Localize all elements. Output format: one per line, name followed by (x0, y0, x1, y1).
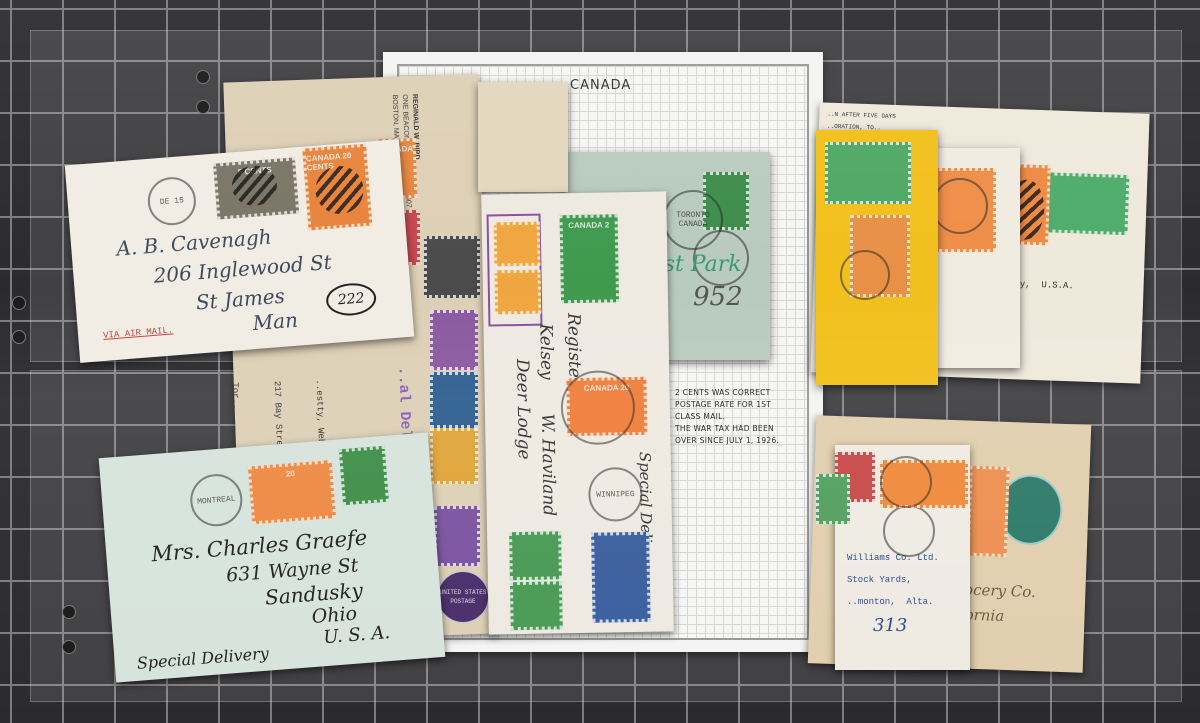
stamp (430, 428, 478, 484)
postmark-winnipeg: WINNIPEG (588, 467, 643, 522)
stamp (424, 236, 480, 298)
typed-address: Stock Yards, (847, 575, 912, 585)
address-line: U. S. A. (323, 622, 391, 648)
typed-address: Williams Co. Ltd. (847, 553, 939, 563)
binder-hole (12, 330, 26, 344)
postmark-montreal: MONTREAL (188, 472, 244, 528)
us-embossed-stamp: UNITED STATES POSTAGE (436, 570, 490, 624)
address-line: Deer Lodge (512, 359, 534, 460)
binder-hole (62, 605, 76, 619)
stamp-confederation-green (825, 142, 911, 204)
postmark-alberta (883, 505, 935, 557)
stamp (430, 310, 478, 370)
stamp-2-cent-green (816, 474, 850, 524)
album-page-note: 2 CENTS WAS CORRECT POSTAGE RATE FOR 1ST… (675, 387, 779, 447)
special-delivery-endorsement: Special Delivery (136, 644, 269, 673)
cover-registered-winnipeg: CANADA 2 Registered CANADA 20 WINNIPEG S… (481, 191, 674, 634)
stamp-1-cent-orange (494, 222, 541, 267)
handwritten-number: 313 (873, 615, 907, 636)
stamp-20-cent-orange: 20 (248, 460, 336, 524)
postmark (932, 178, 988, 234)
via-air-mail-endorsement: VIA AIR MAIL. (103, 325, 174, 340)
stamp (430, 372, 478, 428)
stamp-20-cent-orange (967, 466, 1010, 557)
stamp-2-cent-green (509, 531, 562, 580)
handwritten-number: 952 (693, 282, 743, 312)
binder-hole (12, 296, 26, 310)
album-page-title: CANADA (570, 78, 631, 93)
binder-hole (62, 640, 76, 654)
address-line: A. B. Cavenagh (115, 224, 272, 260)
header-text: ..N AFTER FIVE DAYS (827, 111, 896, 120)
binder-hole (196, 100, 210, 114)
postmark-calgary (880, 456, 932, 508)
postmark (840, 250, 890, 300)
stamp-2-cent-green (339, 446, 389, 505)
stamp-confederation-green (1045, 172, 1129, 235)
typed-address: ..monton, Alta. (847, 597, 933, 607)
postmark-freemont: DE 15 (146, 175, 198, 227)
address-line: Kelsey (535, 323, 556, 379)
circled-number: 222 (325, 281, 377, 317)
stamp-12-cent-blue (591, 532, 651, 623)
binder-hole (196, 70, 210, 84)
cover-montreal-special-delivery: MONTREAL 20 Mrs. Charles Graefe 631 Wayn… (99, 432, 446, 682)
stamp (434, 506, 480, 566)
stamp-confederation-green: CANADA 2 (560, 214, 620, 303)
cover-airmail-cavenagh: DE 15 5 CENTS CANADA 20 CENTS A. B. Cave… (65, 139, 415, 363)
stamp-1-cent-orange (494, 270, 541, 315)
cover-flap-tan (478, 82, 568, 192)
stamp-2-cent-green (510, 581, 563, 630)
address-line: Man (252, 308, 299, 335)
address-line: W. Haviland (537, 413, 559, 516)
